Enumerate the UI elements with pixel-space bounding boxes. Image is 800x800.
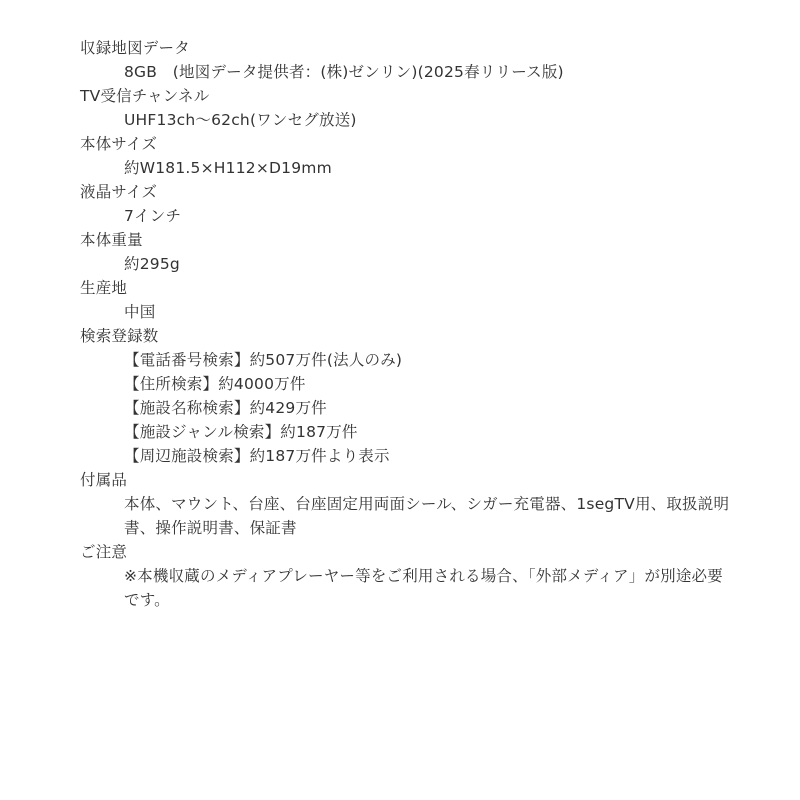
spec-value-map-data: 8GB (地図データ提供者：(株)ゼンリン)(2025春リリース版) [124,60,738,84]
spec-section-accessories: 付属品 本体、マウント、台座、台座固定用両面シール、シガー充電器、1segTV用… [80,468,738,540]
spec-section-origin: 生産地 中国 [80,276,738,324]
spec-value-tv-channel: UHF13ch～62ch(ワンセグ放送) [124,108,738,132]
product-spec-page: 収録地図データ 8GB (地図データ提供者：(株)ゼンリン)(2025春リリース… [0,0,800,800]
spec-value-accessories: 本体、マウント、台座、台座固定用両面シール、シガー充電器、1segTV用、取扱説… [124,492,738,540]
spec-label-search-counts: 検索登録数 [80,324,738,348]
spec-value-origin: 中国 [124,300,738,324]
spec-value-body-size: 約W181.5×H112×D19mm [124,156,738,180]
spec-section-lcd-size: 液晶サイズ 7インチ [80,180,738,228]
spec-value-search-facility-name: 【施設名称検索】約429万件 [124,396,738,420]
spec-section-search-counts: 検索登録数 【電話番号検索】約507万件(法人のみ) 【住所検索】約4000万件… [80,324,738,468]
spec-label-body-size: 本体サイズ [80,132,738,156]
spec-value-lcd-size: 7インチ [124,204,738,228]
spec-value-search-phone: 【電話番号検索】約507万件(法人のみ) [124,348,738,372]
spec-section-map-data: 収録地図データ 8GB (地図データ提供者：(株)ゼンリン)(2025春リリース… [80,36,738,84]
spec-label-tv-channel: TV受信チャンネル [80,84,738,108]
spec-value-weight: 約295g [124,252,738,276]
spec-section-body-size: 本体サイズ 約W181.5×H112×D19mm [80,132,738,180]
spec-label-notice: ご注意 [80,540,738,564]
spec-label-accessories: 付属品 [80,468,738,492]
product-spec-sheet: 収録地図データ 8GB (地図データ提供者：(株)ゼンリン)(2025春リリース… [80,36,738,612]
spec-label-lcd-size: 液晶サイズ [80,180,738,204]
spec-section-notice: ご注意 ※本機収蔵のメディアプレーヤー等をご利用される場合、「外部メディア」が別… [80,540,738,612]
spec-value-search-address: 【住所検索】約4000万件 [124,372,738,396]
spec-label-map-data: 収録地図データ [80,36,738,60]
spec-section-weight: 本体重量 約295g [80,228,738,276]
spec-value-search-nearby: 【周辺施設検索】約187万件より表示 [124,444,738,468]
spec-value-notice: ※本機収蔵のメディアプレーヤー等をご利用される場合、「外部メディア」が別途必要で… [124,564,738,612]
spec-label-weight: 本体重量 [80,228,738,252]
spec-value-search-facility-genre: 【施設ジャンル検索】約187万件 [124,420,738,444]
spec-section-tv-channel: TV受信チャンネル UHF13ch～62ch(ワンセグ放送) [80,84,738,132]
spec-label-origin: 生産地 [80,276,738,300]
